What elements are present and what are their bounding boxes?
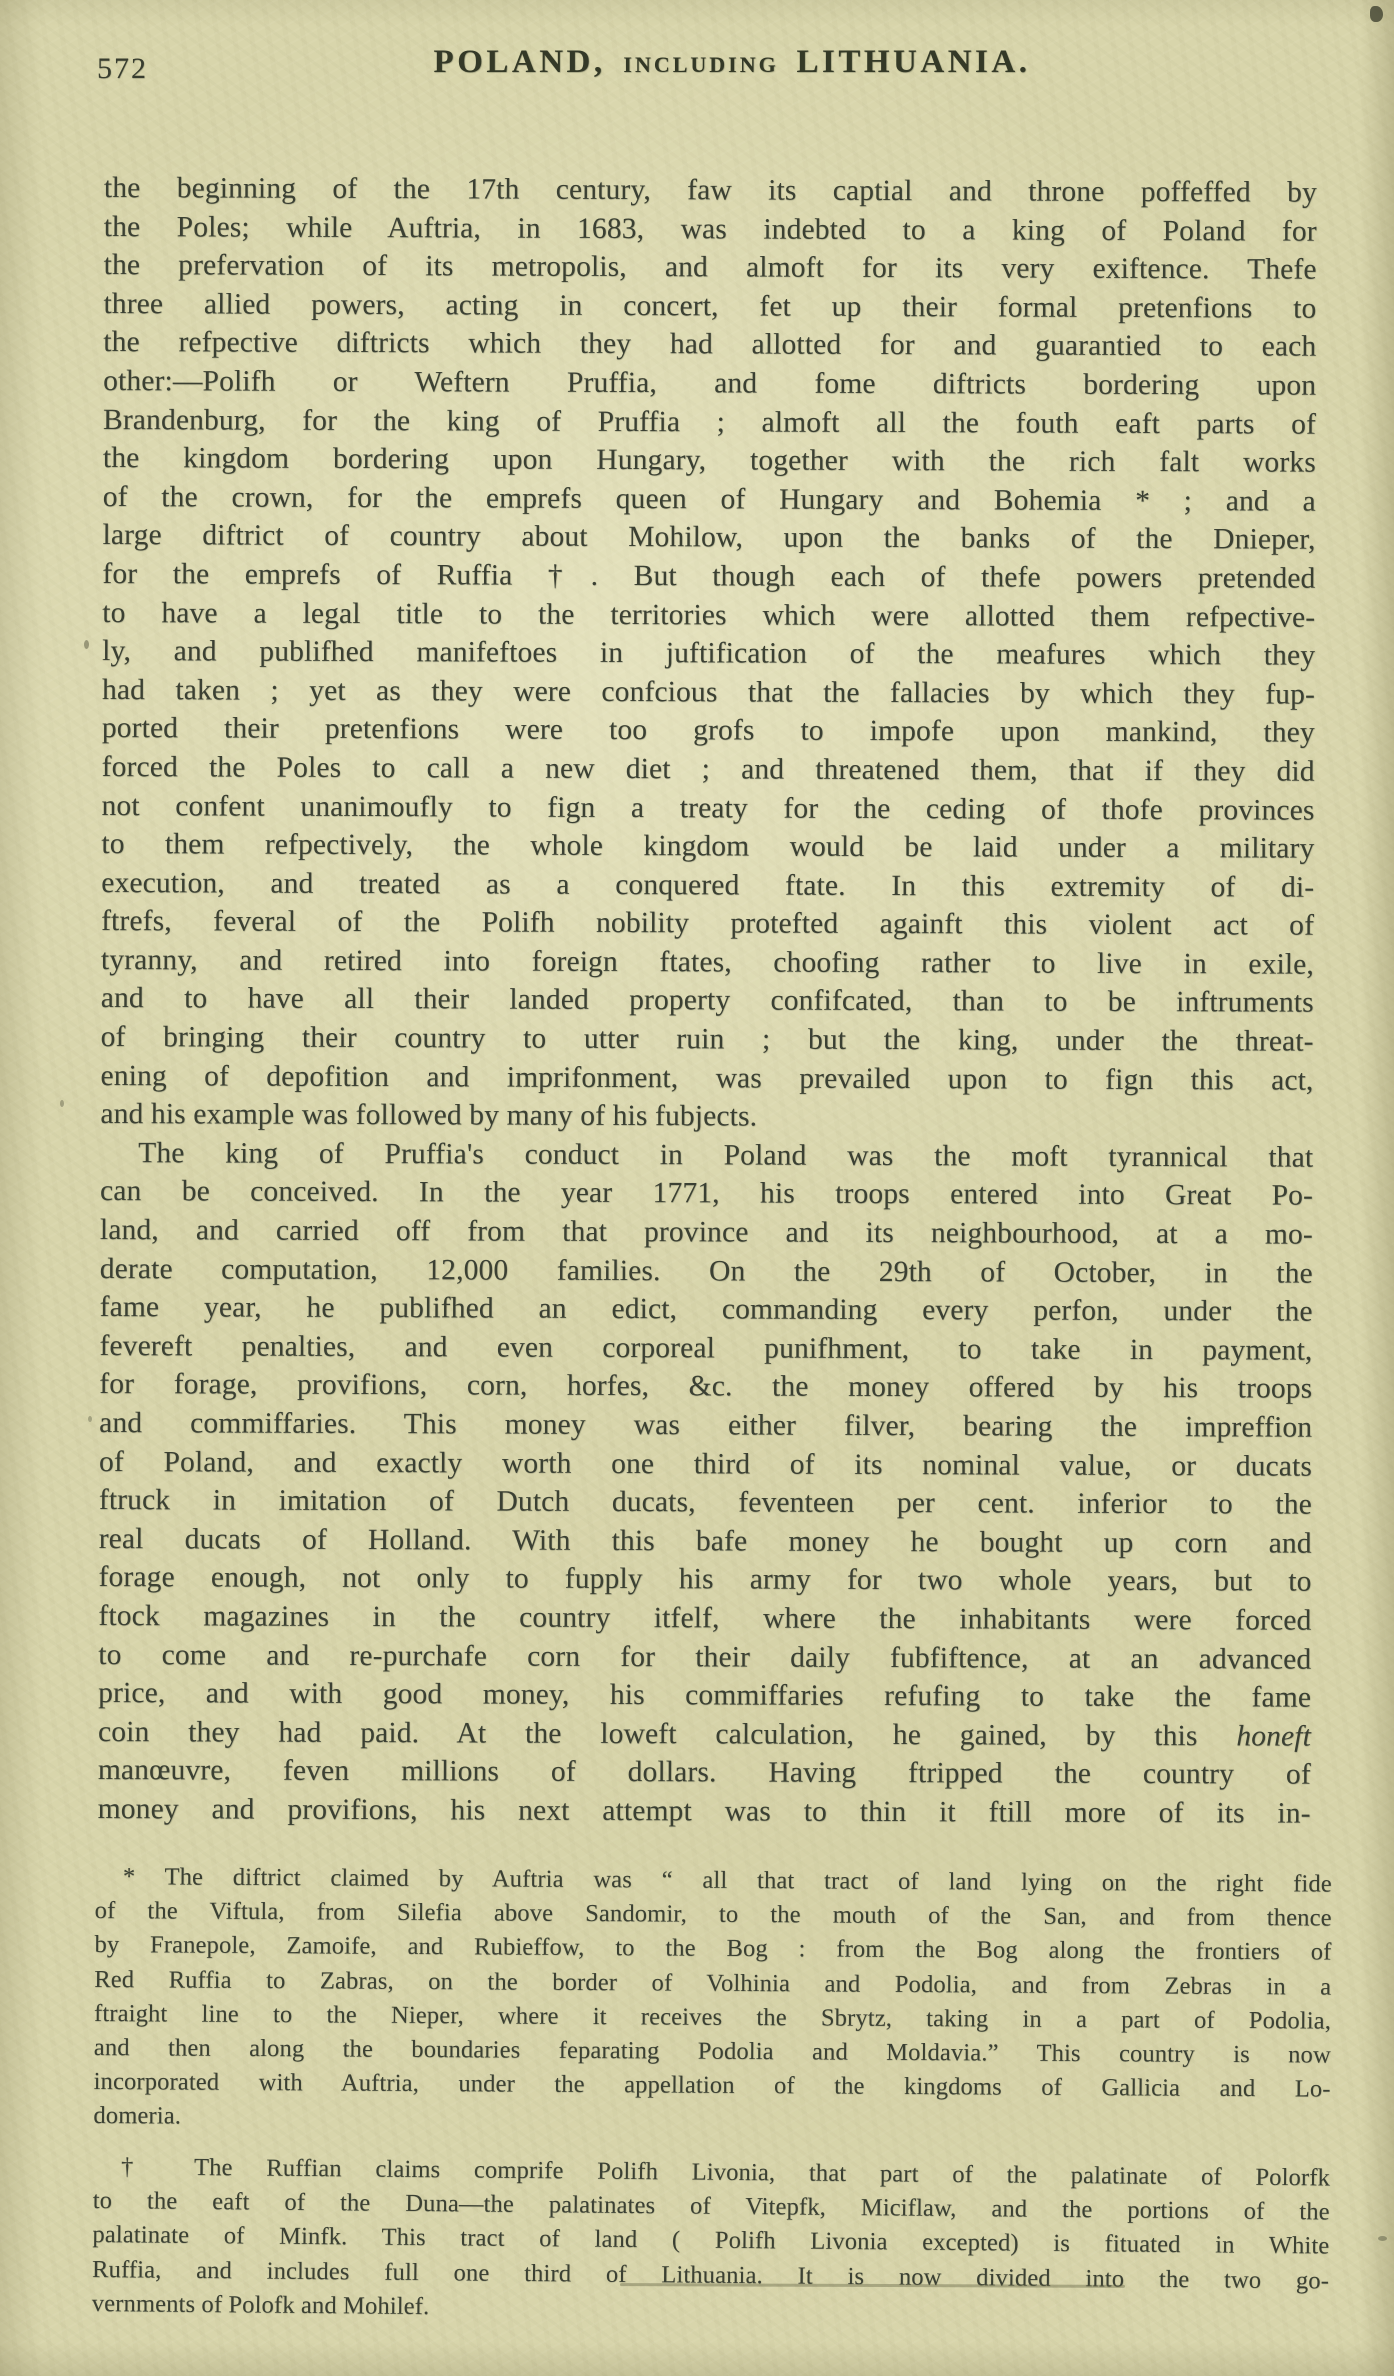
paragraph-1: the beginning of the 17th century, faw i… <box>100 169 1317 1138</box>
text-line: large diftrict of country about Mohilow,… <box>103 516 1316 559</box>
text-line: to have a legal title to the territories… <box>102 594 1315 637</box>
text-line: land, and carried off from that province… <box>100 1211 1313 1254</box>
text-line: three allied powers, acting in concert, … <box>103 285 1316 328</box>
text-line: can be conceived. In the year 1771, his … <box>100 1172 1313 1215</box>
text-line: money and provifions, his next attempt w… <box>98 1790 1311 1833</box>
footnote-dagger: † The Ruffian claims comprife Polifh Liv… <box>92 2150 1331 2332</box>
text-line: had taken ; yet as they were confcious t… <box>102 671 1315 714</box>
text-line: tyranny, and retired into foreign ftates… <box>101 941 1314 984</box>
running-title-part2: INCLUDING <box>617 52 784 77</box>
footnotes-section: * The diftrict claimed by Auftria was “ … <box>92 1860 1332 2328</box>
text-line: ening of depofition and imprifonment, wa… <box>100 1057 1313 1100</box>
text-line: of bringing their country to utter ruin … <box>101 1018 1314 1061</box>
page-number: 572 <box>97 52 148 86</box>
text-line: manœuvre, feven millions of dollars. Hav… <box>98 1751 1311 1794</box>
text-line: of the crown, for the emprefs queen of H… <box>103 478 1316 521</box>
text-line: and to have all their landed property co… <box>101 979 1314 1022</box>
paper-blemish <box>60 1100 64 1107</box>
text-line: of Poland, and exactly worth one third o… <box>99 1443 1312 1486</box>
text-line: Brandenburg, for the king of Pruffia ; a… <box>103 401 1316 444</box>
text-line: the beginning of the 17th century, faw i… <box>104 169 1317 212</box>
text-line: for forage, provifions, corn, horfes, &c… <box>99 1365 1312 1408</box>
text-line: derate computation, 12,000 families. On … <box>100 1250 1313 1293</box>
text-line: the refpective diftricts which they had … <box>103 323 1316 366</box>
text-line: real ducats of Holland. With this bafe m… <box>99 1520 1312 1563</box>
text-line: coin they had paid. At the loweft calcul… <box>98 1713 1311 1756</box>
running-title-part3: LITHUANIA. <box>797 44 1031 80</box>
page-header: 572 POLAND, INCLUDING LITHUANIA. <box>0 44 1394 92</box>
text-line: to them refpectively, the whole kingdom … <box>101 825 1314 868</box>
text-line: the Poles; while Auftria, in 1683, was i… <box>104 208 1317 251</box>
text-line: other:—Polifh or Weftern Pruffia, and fo… <box>103 362 1316 405</box>
text-line: ly, and publifhed manifeftoes in juftifi… <box>102 632 1315 675</box>
text-line: domeria. <box>93 2099 1330 2141</box>
page-body: the beginning of the 17th century, faw i… <box>98 169 1317 1833</box>
text-line: forage enough, not only to fupply his ar… <box>99 1558 1312 1601</box>
text-line: ftrefs, feveral of the Polifh nobility p… <box>101 902 1314 945</box>
running-title-part1: POLAND, <box>434 44 606 80</box>
book-page: 572 POLAND, INCLUDING LITHUANIA. the beg… <box>0 0 1394 2376</box>
text-line: not confent unanimoufly to fign a treaty… <box>101 786 1314 829</box>
paper-blemish <box>1378 2236 1387 2241</box>
footnote-asterisk: * The diftrict claimed by Auftria was “ … <box>93 1860 1332 2141</box>
text-line: execution, and treated as a conquered ft… <box>101 864 1314 907</box>
text-line: for the emprefs of Ruffia †. But though … <box>102 555 1315 598</box>
text-line: to come and re-purchafe corn for their d… <box>98 1636 1311 1679</box>
text-line: ported their pretenfions were too grofs … <box>102 709 1315 752</box>
paper-blemish <box>84 640 89 649</box>
paper-blemish <box>88 1416 92 1422</box>
text-line: the kingdom bordering upon Hungary, toge… <box>103 439 1316 482</box>
text-line: and his example was followed by many of … <box>100 1095 1313 1138</box>
running-title: POLAND, INCLUDING LITHUANIA. <box>160 44 1304 81</box>
text-line: the prefervation of its metropolis, and … <box>104 246 1317 289</box>
text-line: and commiffaries. This money was either … <box>99 1404 1312 1447</box>
text-line: The king of Pruffia's conduct in Poland … <box>100 1134 1313 1177</box>
text-line: forced the Poles to call a new diet ; an… <box>102 748 1315 791</box>
text-line: price, and with good money, his commiffa… <box>98 1674 1311 1717</box>
text-line: ftock magazines in the country itfelf, w… <box>98 1597 1311 1640</box>
text-line: fame year, he publifhed an edict, comman… <box>100 1288 1313 1331</box>
text-line: fevereft penalties, and even corporeal p… <box>99 1327 1312 1370</box>
paragraph-2: The king of Pruffia's conduct in Poland … <box>98 1134 1314 1833</box>
text-line: ftruck in imitation of Dutch ducats, fev… <box>99 1481 1312 1524</box>
paper-blemish <box>1370 6 1383 22</box>
